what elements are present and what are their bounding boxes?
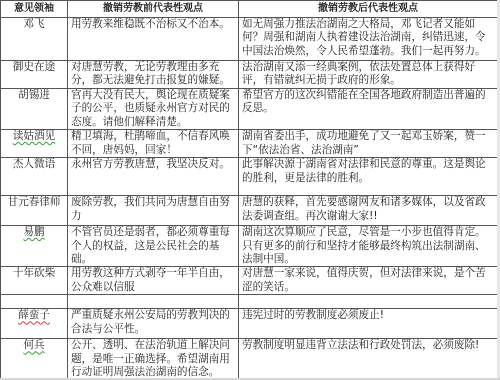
before-view: 精卫填海，杜鹃啼血，不信春风唤不回，唐妈妈，回家！ [68,130,239,158]
leader-name: 胡锡进 [1,89,68,130]
leader-name: 读姑酒见 [1,130,68,158]
after-view: 希望官方的这次纠错能在全国各地政府制造出普遍的反思。 [239,89,498,130]
leader-name: 薛蛮子 [1,309,68,339]
before-view [68,295,239,309]
table-row: 甘元春律师 废除劳教，我们共同为唐慧自由努力 唐慧的获释，首先要感谢网友和诸多媒… [1,196,498,226]
leader-name: 邓飞 [1,18,68,61]
after-view: 湖南这次算顺应了民意，尽管是一小步也值得肯定。只有更多的前行和坚持才能够最终构筑… [239,226,498,267]
table-header-row: 意见领袖 撤销劳教前代表性观点 撤销劳教后代表性观点 [1,1,498,18]
table-row: 十年砍柴 用劳教这种方式剥夺一年半自由，公众难以信服 对唐慧一家来说，值得庆贺，… [1,267,498,295]
before-view: 对唐慧劳教，无论劳教理由多充分，都无法避免打击报复的嫌疑。 [68,61,239,89]
before-view: 永州官方劳教唐慧，我坚决反对。 [68,158,239,196]
after-view [239,295,498,309]
header-after-views: 撤销劳教后代表性观点 [239,1,498,18]
table-row: 易鹏 不管官员还是弱者，都必须尊重每个人的权益，这是公民社会的基础。 湖南这次算… [1,226,498,267]
before-view: 用劳教这种方式剥夺一年半自由，公众难以信服 [68,267,239,295]
opinion-leaders-table: 意见领袖 撤销劳教前代表性观点 撤销劳教后代表性观点 邓飞 用劳教来维稳既不治标… [0,0,498,380]
after-view: 法治湖南又添一经典案例，依法处置总体上获得好评，有错就纠无损于政府的形象。 [239,61,498,89]
leader-name: 杰人微语 [1,158,68,196]
before-view: 公开、透明、在法治轨道上解决问题，是唯一正确选择。希望湖南用行动证明周强法治湖南… [68,339,239,380]
before-view: 用劳教来维稳既不治标又不治本。 [68,18,239,61]
after-view: 此事解决源于湖南省对法律和民意的尊重。这是舆论的胜利，更是法律的胜利。 [239,158,498,196]
after-view: 如无周强力推法治湖南之大格局，邓飞记者又能如何？周强和湖南人执着建设法治湖南，纠… [239,18,498,61]
after-view: 唐慧的获释，首先要感谢网友和诸多媒体，以及省政法委调查组。再次谢谢大家!! [239,196,498,226]
after-view: 湖南省委出手，成功地避免了又一起邓玉娇案，赞一下“依法治省、法治湖南” [239,130,498,158]
table-row: 杰人微语 永州官方劳教唐慧，我坚决反对。 此事解决源于湖南省对法律和民意的尊重。… [1,158,498,196]
leader-name: 十年砍柴 [1,267,68,295]
before-view: 废除劳教，我们共同为唐慧自由努力 [68,196,239,226]
table-row: 胡锡进 官再大没有民大，舆论现在质疑案子的公平，也质疑永州官方对民的态度。请他们… [1,89,498,130]
after-view: 劳教制度明显违背立法法和行政处罚法，必须废除! [239,339,498,380]
after-view: 对唐慧一家来说，值得庆贺，但对法律来说，是个苦涩的笑话。 [239,267,498,295]
table-row: 薛蛮子 严重质疑永州公安局的劳教判决的合法与公平性。 违宪过时的劳教制度必须废止… [1,309,498,339]
after-view: 违宪过时的劳教制度必须废止! [239,309,498,339]
before-view: 官再大没有民大，舆论现在质疑案子的公平，也质疑永州官方对民的态度。请他们解释清楚… [68,89,239,130]
table-body: 邓飞 用劳教来维稳既不治标又不治本。 如无周强力推法治湖南之大格局，邓飞记者又能… [1,18,498,380]
before-view: 严重质疑永州公安局的劳教判决的合法与公平性。 [68,309,239,339]
header-before-views: 撤销劳教前代表性观点 [68,1,239,18]
table-row: 读姑酒见 精卫填海，杜鹃啼血，不信春风唤不回，唐妈妈，回家！ 湖南省委出手，成功… [1,130,498,158]
header-opinion-leader: 意见领袖 [1,1,68,18]
table-row: 御史在途 对唐慧劳教，无论劳教理由多充分，都无法避免打击报复的嫌疑。 法治湖南又… [1,61,498,89]
table-row: 何兵 公开、透明、在法治轨道上解决问题，是唯一正确选择。希望湖南用行动证明周强法… [1,339,498,380]
leader-name: 甘元春律师 [1,196,68,226]
leader-name [1,295,68,309]
empty-table-row [1,295,498,309]
before-view: 不管官员还是弱者，都必须尊重每个人的权益，这是公民社会的基础。 [68,226,239,267]
table-row: 邓飞 用劳教来维稳既不治标又不治本。 如无周强力推法治湖南之大格局，邓飞记者又能… [1,18,498,61]
leader-name: 御史在途 [1,61,68,89]
leader-name: 易鹏 [1,226,68,267]
leader-name: 何兵 [1,339,68,380]
